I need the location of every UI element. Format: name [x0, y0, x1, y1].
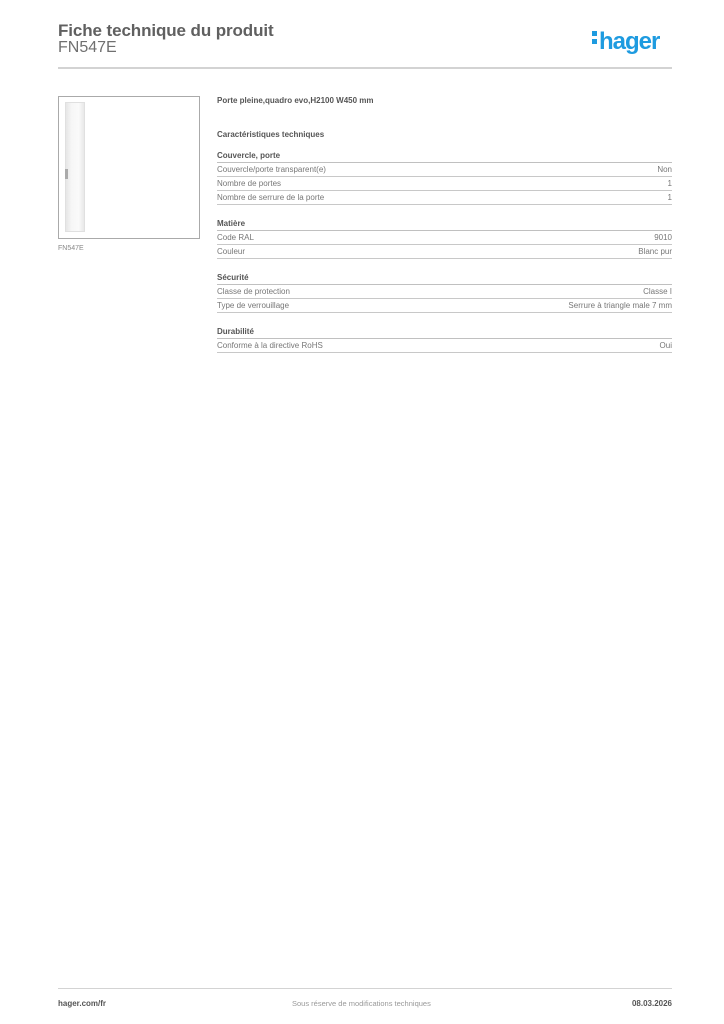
footer-divider — [58, 988, 672, 989]
spec-row: Type de verrouillageSerrure à triangle m… — [217, 299, 672, 313]
spec-label: Nombre de serrure de la porte — [217, 191, 324, 204]
spec-groups: Couvercle, porteCouvercle/porte transpar… — [217, 150, 672, 353]
logo-text: hager — [599, 28, 659, 55]
product-name: Porte pleine,quadro evo,H2100 W450 mm — [217, 96, 672, 106]
spec-value: Blanc pur — [638, 245, 672, 258]
spec-label: Couleur — [217, 245, 245, 258]
spec-group: DurabilitéConforme à la directive RoHSOu… — [217, 326, 672, 353]
spec-row: CouleurBlanc pur — [217, 245, 672, 259]
spec-sheet: Porte pleine,quadro evo,H2100 W450 mm Ca… — [217, 96, 672, 353]
spec-value: 9010 — [654, 231, 672, 244]
spec-label: Conforme à la directive RoHS — [217, 339, 323, 352]
spec-value: Oui — [660, 339, 672, 352]
group-title: Matière — [217, 218, 672, 231]
spec-label: Couvercle/porte transparent(e) — [217, 163, 326, 176]
product-code: FN547E — [58, 39, 117, 57]
spec-label: Nombre de portes — [217, 177, 281, 190]
spec-value: Classe I — [643, 285, 672, 298]
door-illustration-icon — [65, 102, 85, 232]
spec-row: Classe de protectionClasse I — [217, 285, 672, 299]
group-title: Couvercle, porte — [217, 150, 672, 163]
footer-disclaimer: Sous réserve de modifications techniques — [292, 999, 431, 1008]
header-divider — [58, 67, 672, 69]
spec-value: 1 — [668, 191, 672, 204]
spec-row: Nombre de serrure de la porte1 — [217, 191, 672, 205]
spec-group: MatièreCode RAL9010CouleurBlanc pur — [217, 218, 672, 259]
logo-colon-icon — [592, 31, 597, 47]
spec-group: SécuritéClasse de protectionClasse IType… — [217, 272, 672, 313]
section-title: Caractéristiques techniques — [217, 130, 672, 140]
spec-value: 1 — [668, 177, 672, 190]
page-title: Fiche technique du produit — [58, 21, 274, 41]
spec-label: Code RAL — [217, 231, 254, 244]
spec-row: Code RAL9010 — [217, 231, 672, 245]
product-image — [58, 96, 200, 239]
group-title: Sécurité — [217, 272, 672, 285]
group-title: Durabilité — [217, 326, 672, 339]
spec-label: Type de verrouillage — [217, 299, 289, 312]
spec-group: Couvercle, porteCouvercle/porte transpar… — [217, 150, 672, 205]
footer-date: 08.03.2026 — [632, 999, 672, 1008]
footer-website-link[interactable]: hager.com/fr — [58, 999, 106, 1008]
spec-row: Conforme à la directive RoHSOui — [217, 339, 672, 353]
spec-label: Classe de protection — [217, 285, 290, 298]
image-caption: FN547E — [58, 245, 84, 252]
spec-value: Serrure à triangle male 7 mm — [568, 299, 672, 312]
spec-value: Non — [657, 163, 672, 176]
spec-row: Nombre de portes1 — [217, 177, 672, 191]
door-handle-icon — [65, 169, 68, 179]
spec-row: Couvercle/porte transparent(e)Non — [217, 163, 672, 177]
hager-logo: hager — [592, 28, 659, 56]
